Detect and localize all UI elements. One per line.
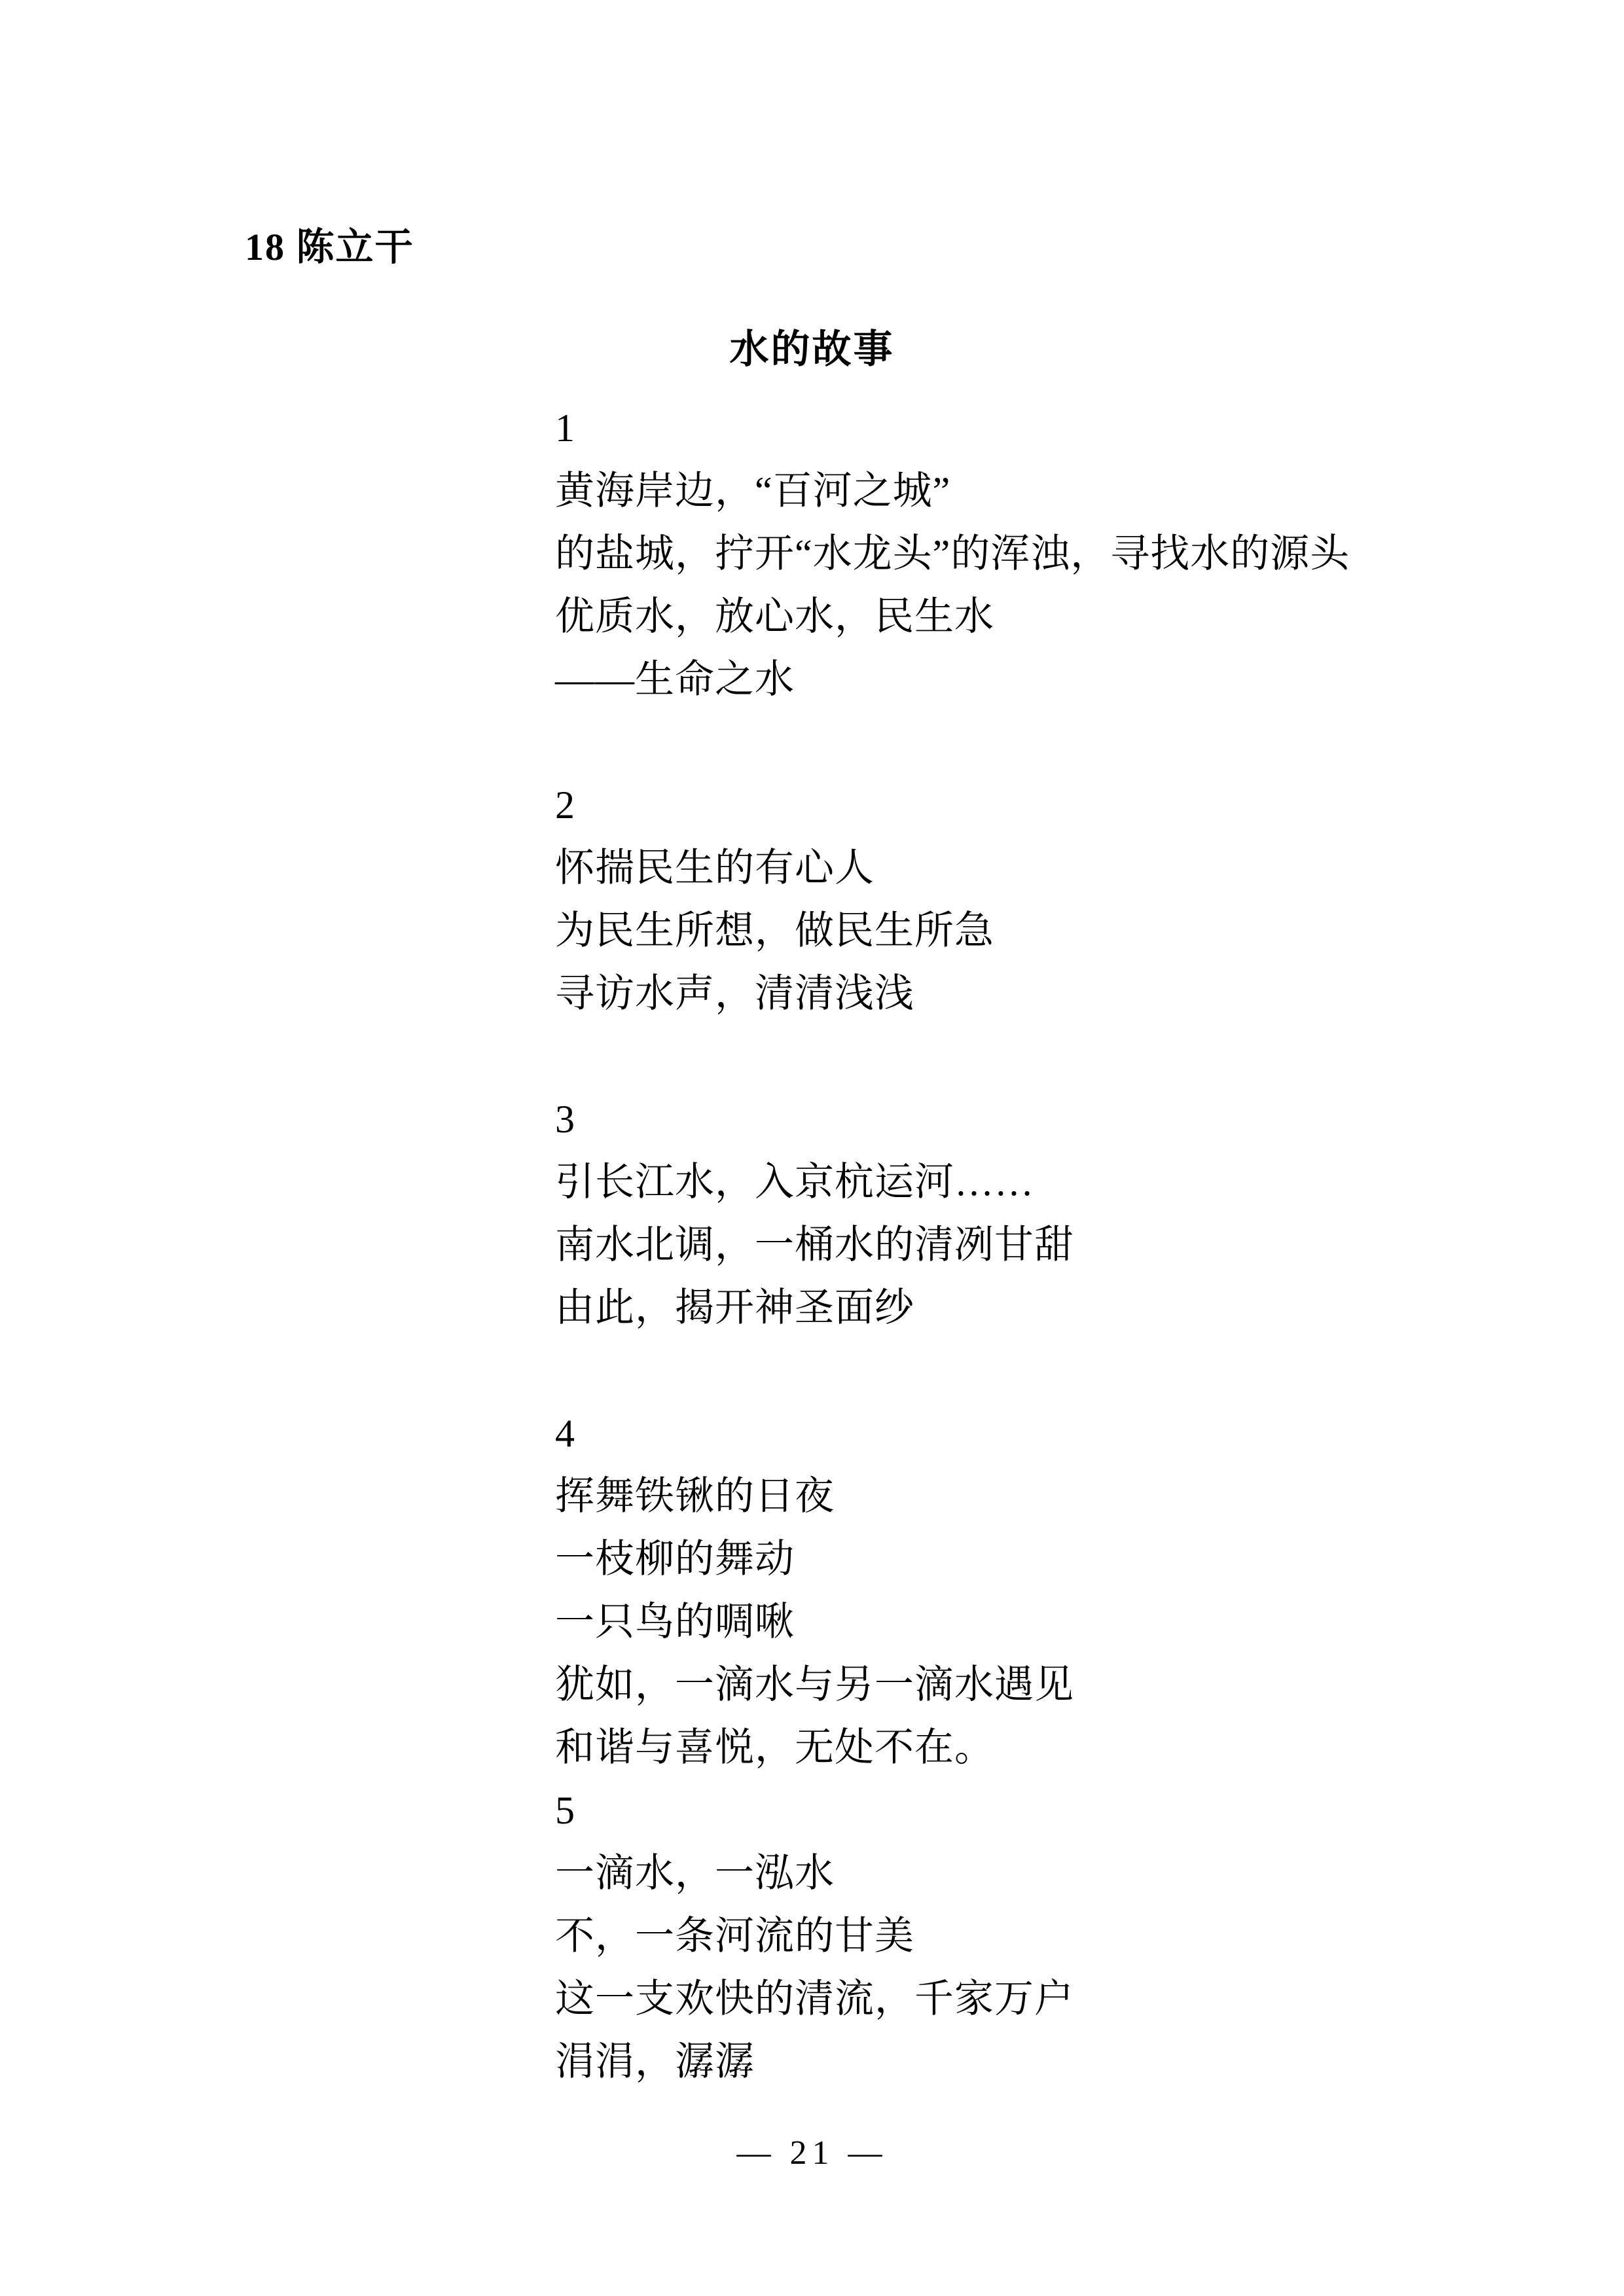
- poem-title: 水的故事: [0, 318, 1624, 374]
- poem-line: 寻访水声，清清浅浅: [555, 962, 1350, 1025]
- stanza-number: 2: [555, 774, 1350, 836]
- poem-line: 引长江水，入京杭运河……: [555, 1151, 1350, 1213]
- poem-line: 南水北调，一桶水的清冽甘甜: [555, 1213, 1350, 1276]
- poem-line: ——生命之水: [555, 648, 1350, 711]
- poem-line: 一只鸟的啁啾: [555, 1590, 1350, 1653]
- poem-line: 由此，揭开神圣面纱: [555, 1276, 1350, 1339]
- poem-body: 1 黄海岸边，“百河之城” 的盐城，拧开“水龙头”的浑浊，寻找水的源头 优质水，…: [555, 397, 1350, 2156]
- stanza-2: 2 怀揣民生的有心人 为民生所想，做民生所急 寻访水声，清清浅浅: [555, 774, 1350, 1025]
- poem-line: 挥舞铁锹的日夜: [555, 1465, 1350, 1528]
- poem-line: 这一支欢快的清流，千家万户: [555, 1967, 1350, 2030]
- poem-line: 黄海岸边，“百河之城”: [555, 459, 1350, 522]
- poem-line: 涓涓，潺潺: [555, 2030, 1350, 2093]
- stanza-4: 4 挥舞铁锹的日夜 一枝柳的舞动 一只鸟的啁啾 犹如，一滴水与另一滴水遇见 和谐…: [555, 1402, 1350, 1779]
- poem-line: 和谐与喜悦，无处不在。: [555, 1716, 1350, 1779]
- stanza-5: 5 一滴水，一泓水 不，一条河流的甘美 这一支欢快的清流，千家万户 涓涓，潺潺: [555, 1779, 1350, 2093]
- stanza-3: 3 引长江水，入京杭运河…… 南水北调，一桶水的清冽甘甜 由此，揭开神圣面纱: [555, 1088, 1350, 1339]
- poem-line: 优质水，放心水，民生水: [555, 585, 1350, 648]
- stanza-number: 1: [555, 397, 1350, 459]
- page-number: — 21 —: [0, 2134, 1624, 2172]
- stanza-number: 3: [555, 1088, 1350, 1151]
- poem-line: 为民生所想，做民生所急: [555, 899, 1350, 962]
- document-page: 18 陈立干 水的故事 1 黄海岸边，“百河之城” 的盐城，拧开“水龙头”的浑浊…: [0, 0, 1624, 2296]
- poem-line: 怀揣民生的有心人: [555, 836, 1350, 899]
- poem-line: 一枝柳的舞动: [555, 1528, 1350, 1590]
- poem-line: 犹如，一滴水与另一滴水遇见: [555, 1653, 1350, 1716]
- stanza-1: 1 黄海岸边，“百河之城” 的盐城，拧开“水龙头”的浑浊，寻找水的源头 优质水，…: [555, 397, 1350, 711]
- stanza-number: 4: [555, 1402, 1350, 1465]
- author-header: 18 陈立干: [245, 216, 414, 271]
- poem-line: 的盐城，拧开“水龙头”的浑浊，寻找水的源头: [555, 522, 1350, 585]
- stanza-number: 5: [555, 1779, 1350, 1842]
- poem-line: 一滴水，一泓水: [555, 1842, 1350, 1905]
- poem-line: 不，一条河流的甘美: [555, 1905, 1350, 1967]
